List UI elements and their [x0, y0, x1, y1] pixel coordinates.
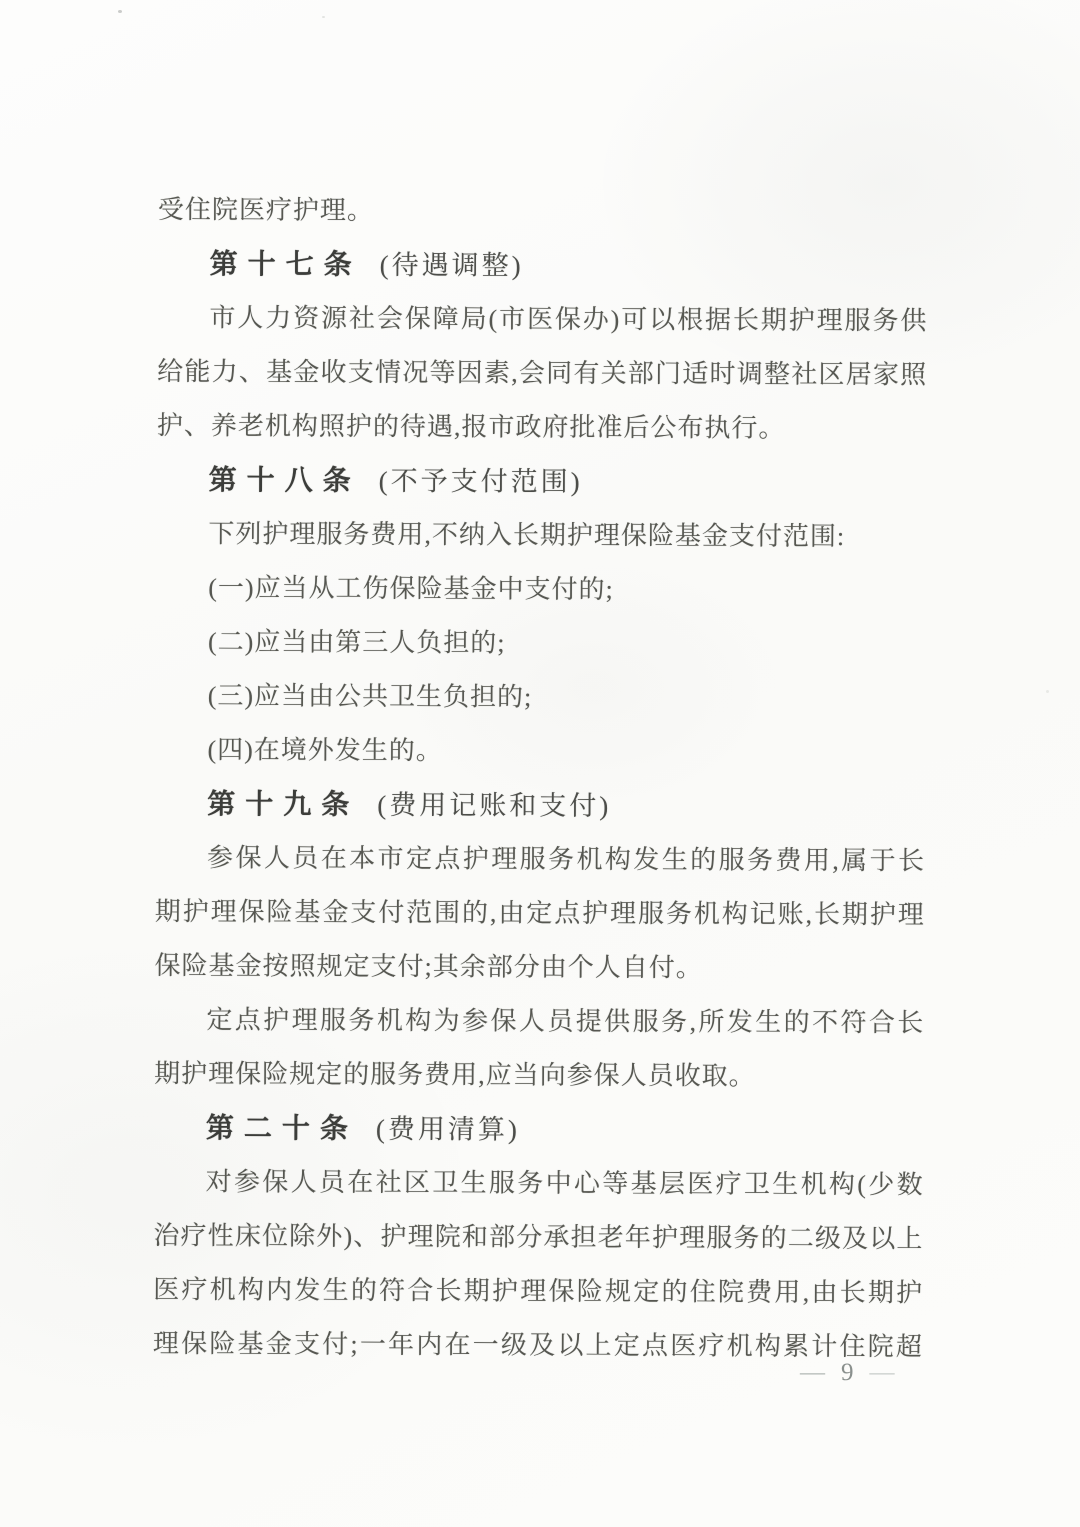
page-number-dash-right: — [870, 1359, 895, 1386]
paragraph-line: 参保人员在本市定点护理服务机构发生的服务费用,属于长 [155, 831, 925, 888]
page-number-value: 9 [841, 1359, 854, 1386]
article-20-heading: 第二十条(费用清算) [154, 1101, 924, 1158]
article-number: 第二十条 [206, 1113, 358, 1145]
list-item-line: (四)在境外发生的。 [155, 723, 925, 780]
scan-speck [1046, 690, 1049, 693]
document-body: 受住院医疗护理。 第十七条(待遇调整) 市人力资源社会保障局(市医保办)可以根据… [153, 183, 928, 1374]
paragraph-line: 医疗机构内发生的符合长期护理保险规定的住院费用,由长期护 [153, 1263, 923, 1320]
list-item-line: (三)应当由公共卫生负担的; [156, 669, 926, 726]
article-number: 第十八条 [209, 465, 361, 497]
article-17-heading: 第十七条(待遇调整) [158, 237, 928, 294]
article-number: 第十七条 [210, 249, 362, 281]
page-number-dash-left: — [800, 1359, 825, 1386]
paragraph-line: 给能力、基金收支情况等因素,会同有关部门适时调整社区居家照 [157, 345, 927, 402]
article-title: (待遇调整) [380, 250, 524, 281]
paragraph-line: 治疗性床位除外)、护理院和部分承担老年护理服务的二级及以上 [153, 1209, 923, 1266]
paragraph-line: 护、养老机构照护的待遇,报市政府批准后公布执行。 [157, 399, 927, 456]
scan-speck [322, 16, 325, 18]
scan-speck [118, 10, 122, 13]
paragraph-line: 下列护理服务费用,不纳入长期护理保险基金支付范围: [156, 507, 926, 564]
paragraph-line: 期护理保险规定的服务费用,应当向参保人员收取。 [154, 1047, 924, 1104]
paragraph-line: 对参保人员在社区卫生服务中心等基层医疗卫生机构(少数 [154, 1155, 924, 1212]
paragraph-line: 定点护理服务机构为参保人员提供服务,所发生的不符合长 [154, 993, 924, 1050]
article-19-heading: 第十九条(费用记账和支付) [155, 777, 925, 834]
article-18-heading: 第十八条(不予支付范围) [157, 453, 927, 510]
article-number: 第十九条 [207, 789, 359, 821]
paragraph-line: 保险基金按照规定支付;其余部分由个人自付。 [154, 939, 924, 996]
article-title: (费用记账和支付) [377, 790, 611, 821]
page-number: —9— [800, 1358, 895, 1388]
paragraph-line: 期护理保险基金支付范围的,由定点护理服务机构记账,长期护理 [155, 885, 925, 942]
paragraph-line: 市人力资源社会保障局(市医保办)可以根据长期护理服务供 [157, 291, 927, 348]
article-title: (费用清算) [376, 1114, 520, 1145]
continuation-line: 受住院医疗护理。 [158, 183, 928, 240]
article-title: (不予支付范围) [379, 466, 583, 497]
list-item-line: (一)应当从工伤保险基金中支付的; [156, 561, 926, 618]
scanned-document-page: 受住院医疗护理。 第十七条(待遇调整) 市人力资源社会保障局(市医保办)可以根据… [0, 0, 1080, 1527]
list-item-line: (二)应当由第三人负担的; [156, 615, 926, 672]
